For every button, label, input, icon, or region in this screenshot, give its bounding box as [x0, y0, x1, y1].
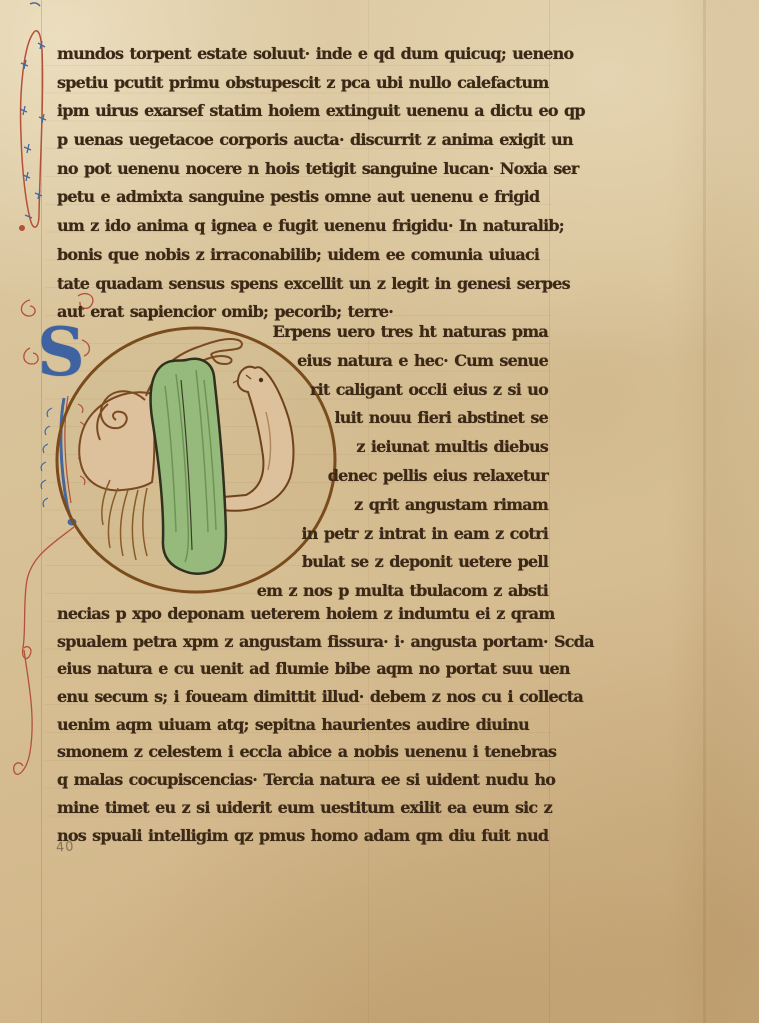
folio-number: 40: [55, 839, 75, 855]
manuscript-text-line: spetiu pcutit primu obstupescit z pca ub…: [57, 69, 551, 98]
manuscript-text-line: ipm uirus exarsef statim hoiem extinguit…: [57, 97, 551, 126]
blue-hook-squiggles-icon: [41, 408, 52, 507]
manuscript-text-line: rit caligant occli eius z si uo: [252, 376, 548, 405]
corner-squiggle-icon: [30, 3, 40, 6]
manuscript-text-line: uenim aqm uiuam atq; sepitna haurientes …: [57, 711, 551, 739]
manuscript-text-line: denec pellis eius relaxetur: [252, 462, 548, 491]
text-block-wrap: Erpens uero tres ht naturas pma eius nat…: [252, 318, 548, 606]
rock-streaks: [165, 370, 216, 562]
blue-terminal-dot: [68, 519, 77, 526]
manuscript-text-line: petu e admixta sanguine pestis omne aut …: [57, 183, 551, 212]
red-penwork-loop: [21, 31, 43, 227]
manuscript-text-line: z qrit angustam rimam: [252, 491, 548, 520]
blue-cross-marks-icon: [20, 41, 46, 218]
manuscript-text-line: luit nouu fieri abstinet se: [252, 404, 548, 433]
blue-descender-bar: [61, 398, 75, 525]
shed-skin-wisps: [102, 480, 147, 560]
manuscript-text-line: bonis que nobis z irraconabilib; uidem e…: [57, 241, 551, 270]
manuscript-text-line: mine timet eu z si uiderit eum uestitum …: [57, 794, 551, 822]
manuscript-text-line: Erpens uero tres ht naturas pma: [252, 318, 548, 347]
manuscript-text-line: smonem z celestem i eccla abice a nobis …: [57, 738, 551, 766]
manuscript-text-line: eius natura e hec· Cum senue: [252, 347, 548, 376]
manuscript-text-line: bulat se z deponit uetere pell: [252, 548, 548, 577]
manuscript-text-line: um z ido anima q ignea e fugit uenenu fr…: [57, 212, 551, 241]
manuscript-text-line: necias p xpo deponam ueterem hoiem z ind…: [57, 600, 551, 628]
text-block-bottom: necias p xpo deponam ueterem hoiem z ind…: [57, 600, 551, 849]
manuscript-text-line: eius natura e cu uenit ad flumie bibe aq…: [57, 655, 551, 683]
manuscript-text-line: nos spuali intelligim qz pmus homo adam …: [57, 822, 551, 850]
manuscript-text-line: in petr z intrat in eam z cotri: [252, 520, 548, 549]
rock-crevice-line: [181, 380, 192, 550]
serpent-tail-ribbon-lower: [152, 354, 232, 404]
manuscript-text-line: enu secum s; i foueam dimittit illud· de…: [57, 683, 551, 711]
red-hook-squiggles-icon: [78, 404, 85, 485]
serpent-mouth: [233, 375, 251, 383]
manuscript-text-line: q malas cocupiscencias· Tercia natura ee…: [57, 766, 551, 794]
serpent-tail-ribbon-upper: [146, 339, 242, 396]
old-skin-curls: [97, 391, 145, 440]
parchment-page: S mundos torpent estate soluut· inde e q…: [0, 0, 759, 1023]
red-descender-line: [65, 396, 71, 503]
text-block-top: mundos torpent estate soluut· inde e qd …: [57, 40, 551, 327]
ruling-line-left: [41, 0, 42, 1023]
red-penwork-dot: [19, 225, 25, 231]
manuscript-text-line: z ieiunat multis diebus: [252, 433, 548, 462]
manuscript-text-line: mundos torpent estate soluut· inde e qd …: [57, 40, 551, 69]
manuscript-text-line: spualem petra xpm z angustam fissura· i·…: [57, 628, 551, 656]
manuscript-text-line: tate quadam sensus spens excellit un z l…: [57, 270, 551, 299]
serpent-old-skin: [79, 392, 154, 490]
manuscript-text-line: no pot uenenu nocere n hois tetigit sang…: [57, 155, 551, 184]
page-edge-crease: [703, 0, 706, 1023]
red-tail-flourish-lower: [14, 650, 32, 774]
manuscript-text-line: p uenas uegetacoe corporis aucta· discur…: [57, 126, 551, 155]
green-rock: [151, 359, 226, 574]
